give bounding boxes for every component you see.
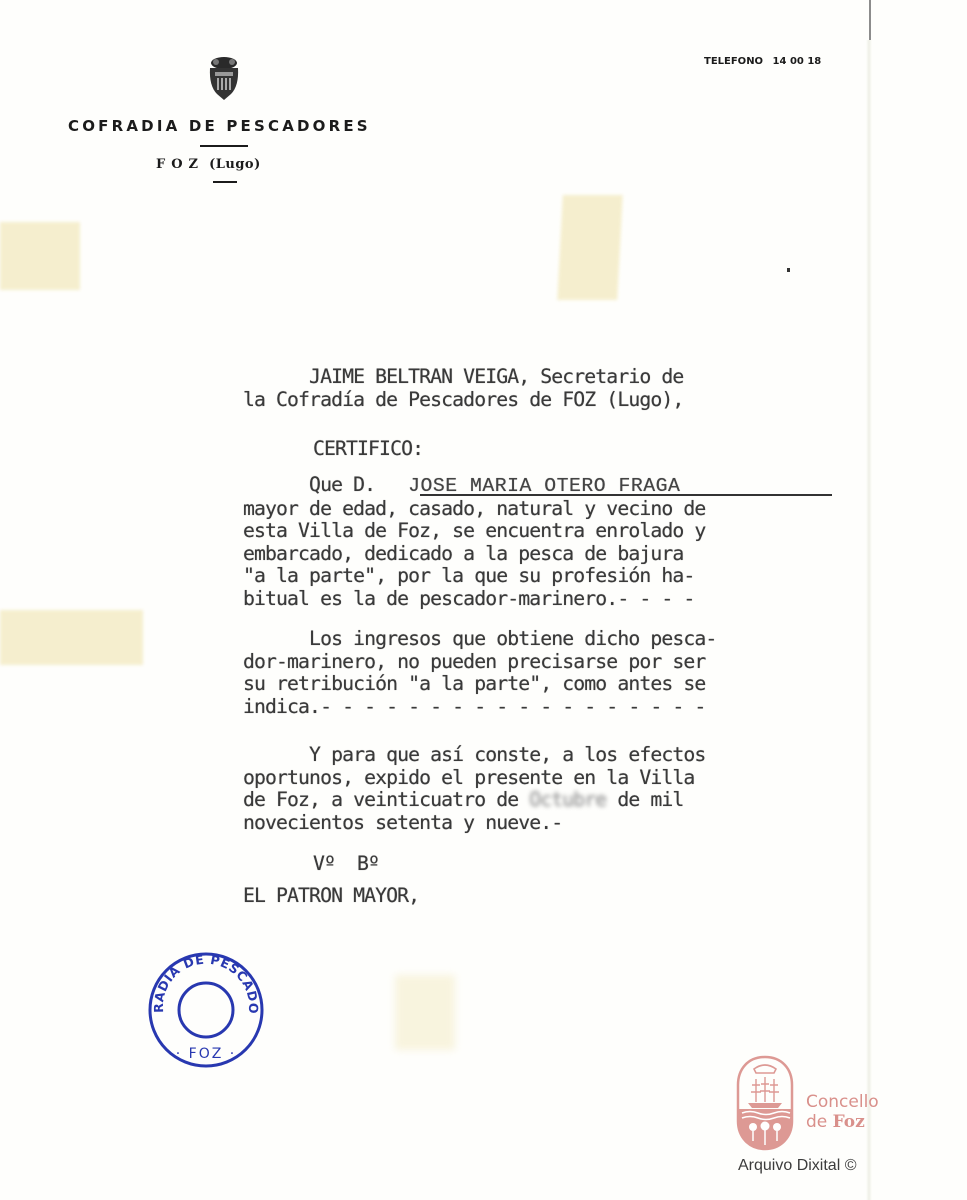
paragraph-line: embarcado, dedicado a la pesca de bajura <box>243 542 683 565</box>
paragraph-line: indica.- - - - - - - - - - - - - - - - -… <box>243 695 705 718</box>
divider <box>200 145 248 147</box>
que-prefix: Que D. <box>243 473 375 496</box>
paper-stain <box>0 222 80 290</box>
paragraph-line: esta Villa de Foz, se encuentra enrolado… <box>243 519 705 542</box>
paragraph-line: "a la parte", por la que su profesión ha… <box>243 564 694 587</box>
paragraph-line: Y para que así conste, a los efectos <box>243 743 705 766</box>
phone-info: TELEFONO 14 00 18 <box>704 56 821 67</box>
brand-prefix: de <box>806 1112 833 1132</box>
paper-stain <box>0 610 143 665</box>
cofradia-seal-stamp: COFRADIA DE PESCADORES · FOZ · <box>146 950 266 1070</box>
brand-bold: Foz <box>833 1112 865 1132</box>
income-paragraph: Los ingresos que obtiene dicho pesca- do… <box>243 628 716 718</box>
seal-bottom-text: · FOZ · <box>176 1046 236 1062</box>
date-suffix: de mil <box>606 788 683 811</box>
approval-mark: Vº Bº <box>313 853 379 876</box>
scan-edge <box>869 0 871 40</box>
signatory-title: EL PATRON MAYOR, <box>243 885 419 908</box>
town-name: FOZ <box>156 157 204 172</box>
phone-label: TELEFONO <box>704 56 763 67</box>
paper-stain <box>557 195 623 300</box>
brand-line: de Foz <box>806 1112 879 1132</box>
intro-paragraph: JAIME BELTRAN VEIGA, Secretario de la Co… <box>243 366 683 411</box>
paragraph-line: mayor de edad, casado, natural y vecino … <box>243 497 705 520</box>
paragraph-line: oportunos, expido el presente en la Vill… <box>243 766 694 789</box>
organization-name: COFRADIA DE PESCADORES <box>68 117 371 135</box>
paragraph-line: su retribución "a la parte", como antes … <box>243 672 705 695</box>
paragraph-line: novecientos setenta y nueve.- <box>243 811 562 834</box>
paragraph-line: bitual es la de pescador-marinero.- - - … <box>243 587 694 610</box>
ink-speck <box>787 268 790 272</box>
paper-stain <box>395 975 455 1050</box>
province-name: (Lugo) <box>209 157 261 172</box>
coat-of-arms-icon <box>207 56 241 101</box>
organization-location: FOZ (Lugo) <box>156 157 261 172</box>
name-underline <box>420 494 832 496</box>
obscured-month: Octubre <box>529 788 606 811</box>
intro-line: JAIME BELTRAN VEIGA, Secretario de <box>243 365 683 388</box>
paragraph-line: dor-marinero, no pueden precisarse por s… <box>243 650 705 673</box>
concello-brand: Concello de Foz <box>806 1092 879 1132</box>
scan-edge-shadow <box>866 40 872 1200</box>
closing-paragraph: Y para que así conste, a los efectos opo… <box>243 744 705 834</box>
certify-heading: CERTIFICO: <box>313 438 423 461</box>
document-page: COFRADIA DE PESCADORES FOZ (Lugo) TELEFO… <box>0 0 967 1200</box>
brand-line: Concello <box>806 1092 879 1112</box>
divider <box>213 181 237 183</box>
paragraph-line: Los ingresos que obtiene dicho pesca- <box>243 627 716 650</box>
ship-crest-icon <box>736 1055 794 1151</box>
date-prefix: de Foz, a veinticuatro de <box>243 788 529 811</box>
archive-label: Arquivo Dixital © <box>738 1157 857 1175</box>
phone-number: 14 00 18 <box>773 56 822 67</box>
intro-line: la Cofradía de Pescadores de FOZ (Lugo), <box>243 388 683 411</box>
